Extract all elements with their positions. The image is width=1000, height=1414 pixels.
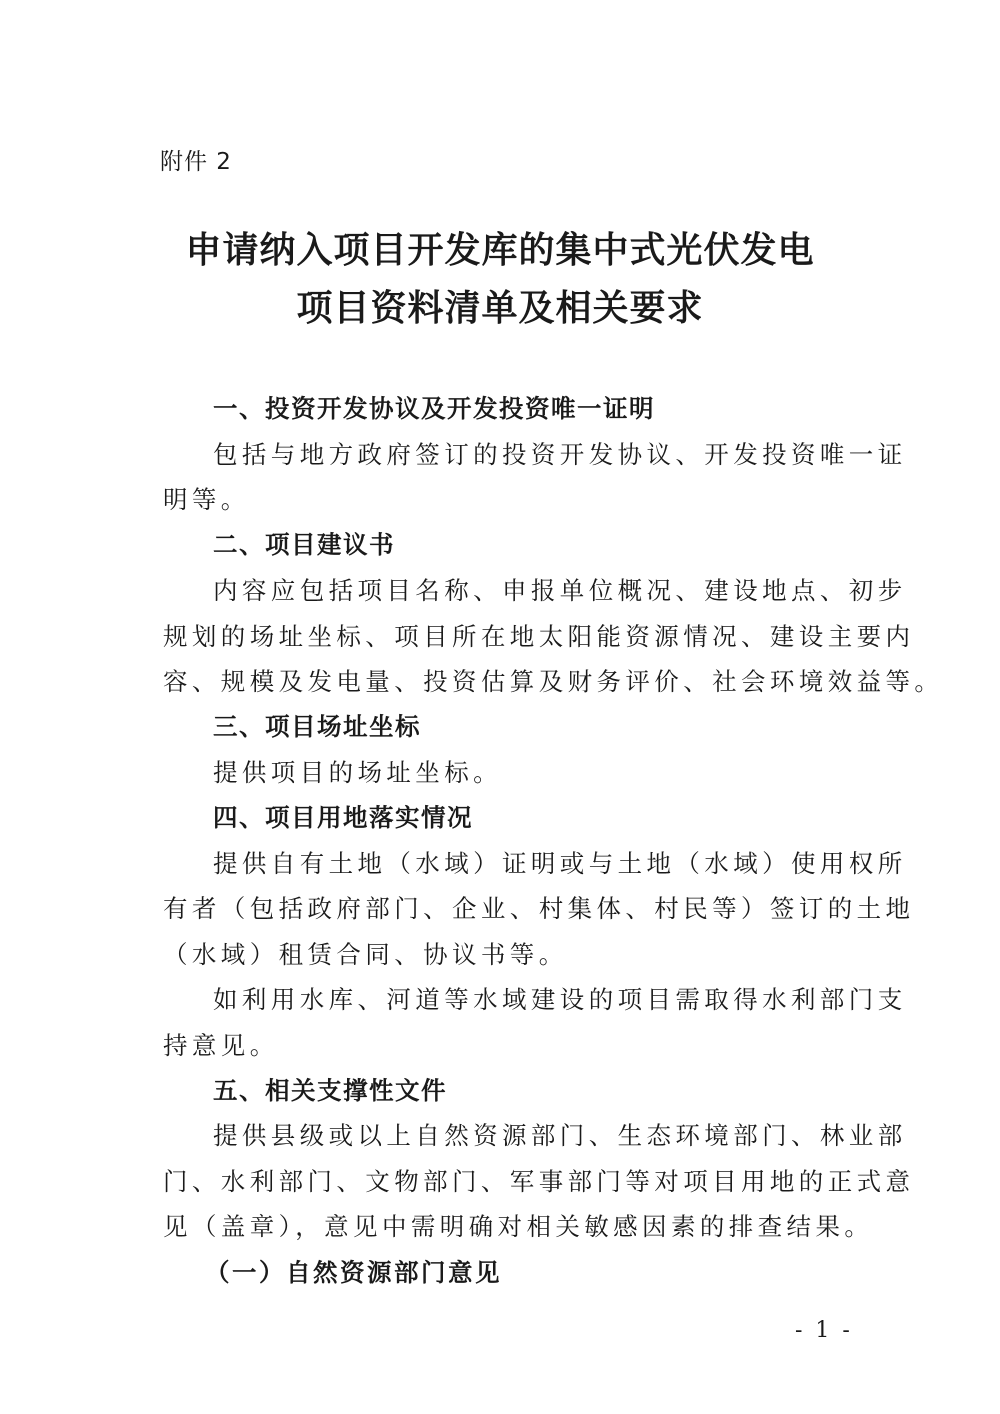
- section-1-paragraph-line: 明等。: [163, 481, 863, 516]
- document-page: 附件 2 申请纳入项目开发库的集中式光伏发电 项目资料清单及相关要求 一、投资开…: [0, 0, 1000, 1414]
- document-title-line-2: 项目资料清单及相关要求: [0, 280, 1000, 331]
- section-4-paragraph-line: 有者（包括政府部门、企业、村集体、村民等）签订的土地: [163, 890, 863, 925]
- attachment-label: 附件 2: [160, 143, 232, 176]
- section-2-heading: 二、项目建议书: [213, 526, 913, 561]
- section-1-heading: 一、投资开发协议及开发投资唯一证明: [213, 390, 913, 425]
- section-4-heading: 四、项目用地落实情况: [213, 799, 913, 834]
- section-4-paragraph-line: （水域）租赁合同、协议书等。: [163, 936, 863, 971]
- section-5-paragraph-line: 见（盖章），意见中需明确对相关敏感因素的排查结果。: [163, 1208, 863, 1243]
- section-1-paragraph-line: 包括与地方政府签订的投资开发协议、开发投资唯一证: [213, 436, 913, 471]
- section-2-paragraph-line: 内容应包括项目名称、申报单位概况、建设地点、初步: [213, 572, 913, 607]
- section-5-paragraph-line: 提供县级或以上自然资源部门、生态环境部门、林业部: [213, 1117, 913, 1152]
- section-5-paragraph-line: 门、水利部门、文物部门、军事部门等对项目用地的正式意: [163, 1163, 863, 1198]
- section-4-paragraph-line: 持意见。: [163, 1027, 863, 1062]
- section-5-heading: 五、相关支撑性文件: [213, 1072, 913, 1107]
- page-number: - 1 -: [795, 1318, 853, 1343]
- document-title-line-1: 申请纳入项目开发库的集中式光伏发电: [0, 222, 1000, 273]
- section-4-paragraph-line: 如利用水库、河道等水域建设的项目需取得水利部门支: [213, 981, 913, 1016]
- section-4-paragraph-line: 提供自有土地（水域）证明或与土地（水域）使用权所: [213, 845, 913, 880]
- section-2-paragraph-line: 规划的场址坐标、项目所在地太阳能资源情况、建设主要内: [163, 618, 863, 653]
- section-5-subheading: （一）自然资源部门意见: [205, 1254, 905, 1289]
- section-3-paragraph-line: 提供项目的场址坐标。: [213, 754, 913, 789]
- section-2-paragraph-line: 容、规模及发电量、投资估算及财务评价、社会环境效益等。: [163, 663, 863, 698]
- section-3-heading: 三、项目场址坐标: [213, 708, 913, 743]
